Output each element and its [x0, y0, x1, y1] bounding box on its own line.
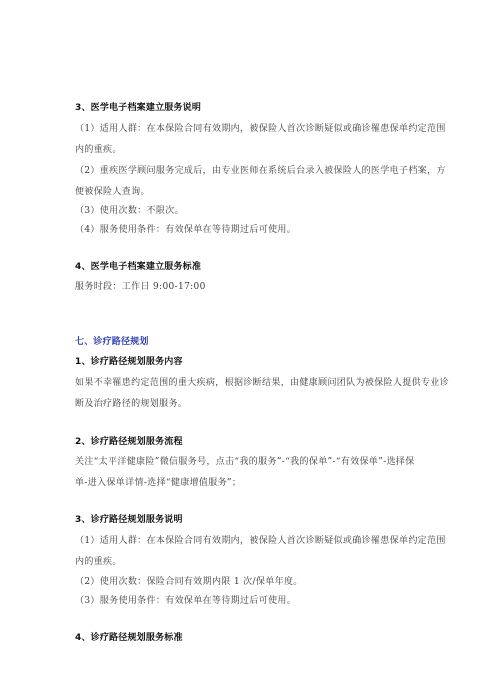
paragraph-line: （1）适用人群：在本保险合同有效期内，被保险人首次诊断疑似或确诊罹患保单约定范围: [75, 123, 435, 135]
paragraph-line: 如果不幸罹患约定范围的重大疾病，根据诊断结果，由健康顾问团队为被保险人提供专业诊: [75, 377, 435, 389]
paragraph-line: 便被保险人查询。: [75, 186, 435, 198]
paragraph-line: 断及治疗路径的规划服务。: [75, 398, 435, 410]
document-page: 3、医学电子档案建立服务说明 （1）适用人群：在本保险合同有效期内，被保险人首次…: [0, 0, 495, 700]
paragraph-line: 内的重疾。: [75, 144, 435, 156]
paragraph-line: （2）使用次数：保险合同有效期内限 1 次/保单年度。: [75, 576, 435, 588]
service-hours: 服务时段：工作日 9:00-17:00: [75, 281, 435, 293]
section-heading: 2、诊疗路径规划服务流程: [75, 436, 435, 448]
section-heading: 1、诊疗路径规划服务内容: [75, 356, 435, 368]
section-heading: 3、诊疗路径规划服务说明: [75, 514, 435, 526]
paragraph-line: （2）重疾医学顾问服务完成后，由专业医师在系统后台录入被保险人的医学电子档案，方: [75, 165, 435, 177]
paragraph-line: 单-进入保单详情-选择“健康增值服务”；: [75, 477, 435, 489]
paragraph-line: （1）适用人群：在本保险合同有效期内，被保险人首次诊断疑似或确诊罹患保单约定范围: [75, 535, 435, 547]
paragraph-line: 内的重疾。: [75, 556, 435, 568]
paragraph-line: （3）服务使用条件：有效保单在等待期过后可使用。: [75, 595, 435, 607]
paragraph-line: 关注“太平洋健康险”微信服务号，点击“我的服务”-“我的保单”-“有效保单”-选…: [75, 456, 435, 468]
paragraph-line: （4）服务使用条件：有效保单在等待期过后可使用。: [75, 224, 435, 236]
chapter-title: 七、诊疗路径规划: [75, 336, 435, 348]
section-heading: 4、医学电子档案建立服务标准: [75, 261, 435, 273]
section-heading: 3、医学电子档案建立服务说明: [75, 102, 435, 114]
paragraph-line: （3）使用次数：不限次。: [75, 205, 435, 217]
section-heading: 4、诊疗路径规划服务标准: [75, 632, 435, 644]
